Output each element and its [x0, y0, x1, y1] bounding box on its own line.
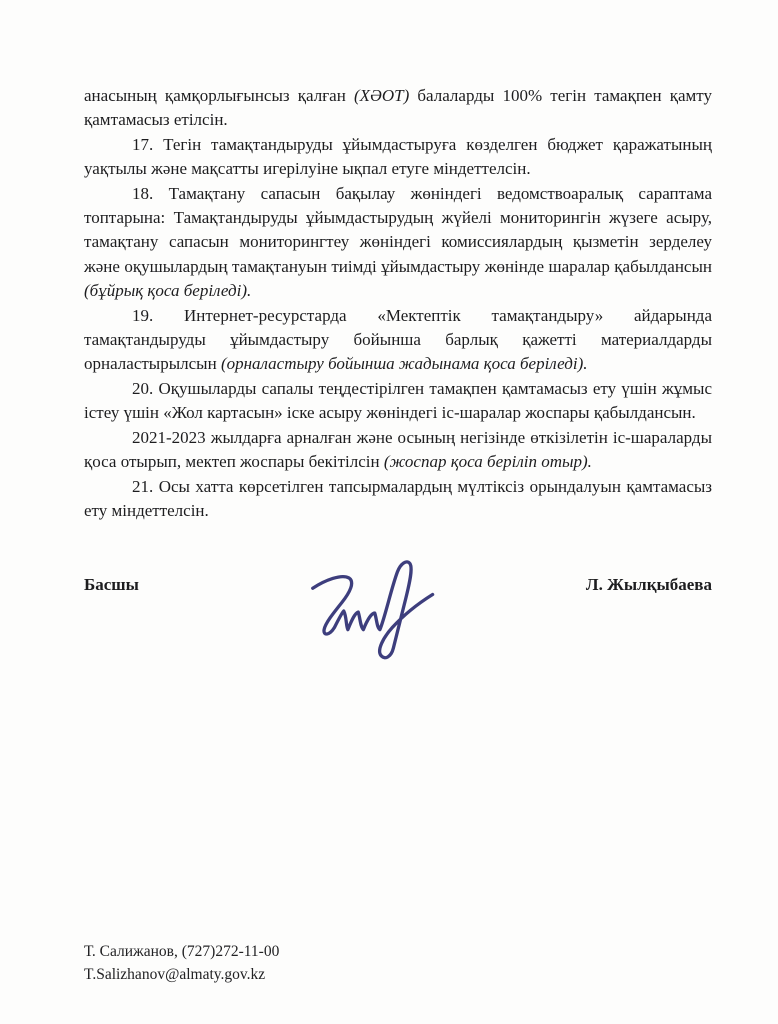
- document-page: анасының қамқорлығынсыз қалған (ХӘОТ) ба…: [0, 0, 778, 1024]
- paragraph-run: 21. Осы хатта көрсетілген тапсырмалардың…: [84, 477, 712, 520]
- paragraph: 18. Тамақтану сапасын бақылау жөніндегі …: [84, 182, 712, 304]
- contact-name-phone: Т. Салижанов, (727)272-11-00: [84, 941, 279, 964]
- paragraph-run: анасының қамқорлығынсыз қалған: [84, 86, 354, 105]
- signer-name: Л. Жылқыбаева: [586, 575, 712, 595]
- paragraph-run-italic: (ХӘОТ): [354, 86, 409, 105]
- document-body: анасының қамқорлығынсыз қалған (ХӘОТ) ба…: [84, 84, 712, 523]
- paragraph: 20. Оқушыларды сапалы теңдестірілген там…: [84, 377, 712, 426]
- paragraph-run-italic: (жоспар қоса беріліп отыр).: [384, 452, 592, 471]
- handwritten-signature-ink: [290, 552, 476, 670]
- contact-email: T.Salizhanov@almaty.gov.kz: [84, 964, 279, 987]
- footer-contact: Т. Салижанов, (727)272-11-00 T.Salizhano…: [84, 941, 279, 986]
- paragraph-run-italic: (бұйрық қоса беріледі).: [84, 281, 251, 300]
- paragraph-run: 20. Оқушыларды сапалы теңдестірілген там…: [84, 379, 712, 422]
- paragraph-run: 18. Тамақтану сапасын бақылау жөніндегі …: [84, 184, 712, 276]
- paragraph: анасының қамқорлығынсыз қалған (ХӘОТ) ба…: [84, 84, 712, 133]
- signer-title: Басшы: [84, 575, 139, 595]
- paragraph: 17. Тегін тамақтандыруды ұйымдастыруға к…: [84, 133, 712, 182]
- paragraph-run-italic: (орналастыру бойынша жадынама қоса беріл…: [221, 354, 588, 373]
- paragraph: 2021-2023 жылдарға арналған және осының …: [84, 426, 712, 475]
- paragraph-run: 17. Тегін тамақтандыруды ұйымдастыруға к…: [84, 135, 712, 178]
- paragraph: 19. Интернет-ресурстарда «Мектептік тама…: [84, 304, 712, 377]
- paragraph: 21. Осы хатта көрсетілген тапсырмалардың…: [84, 475, 712, 524]
